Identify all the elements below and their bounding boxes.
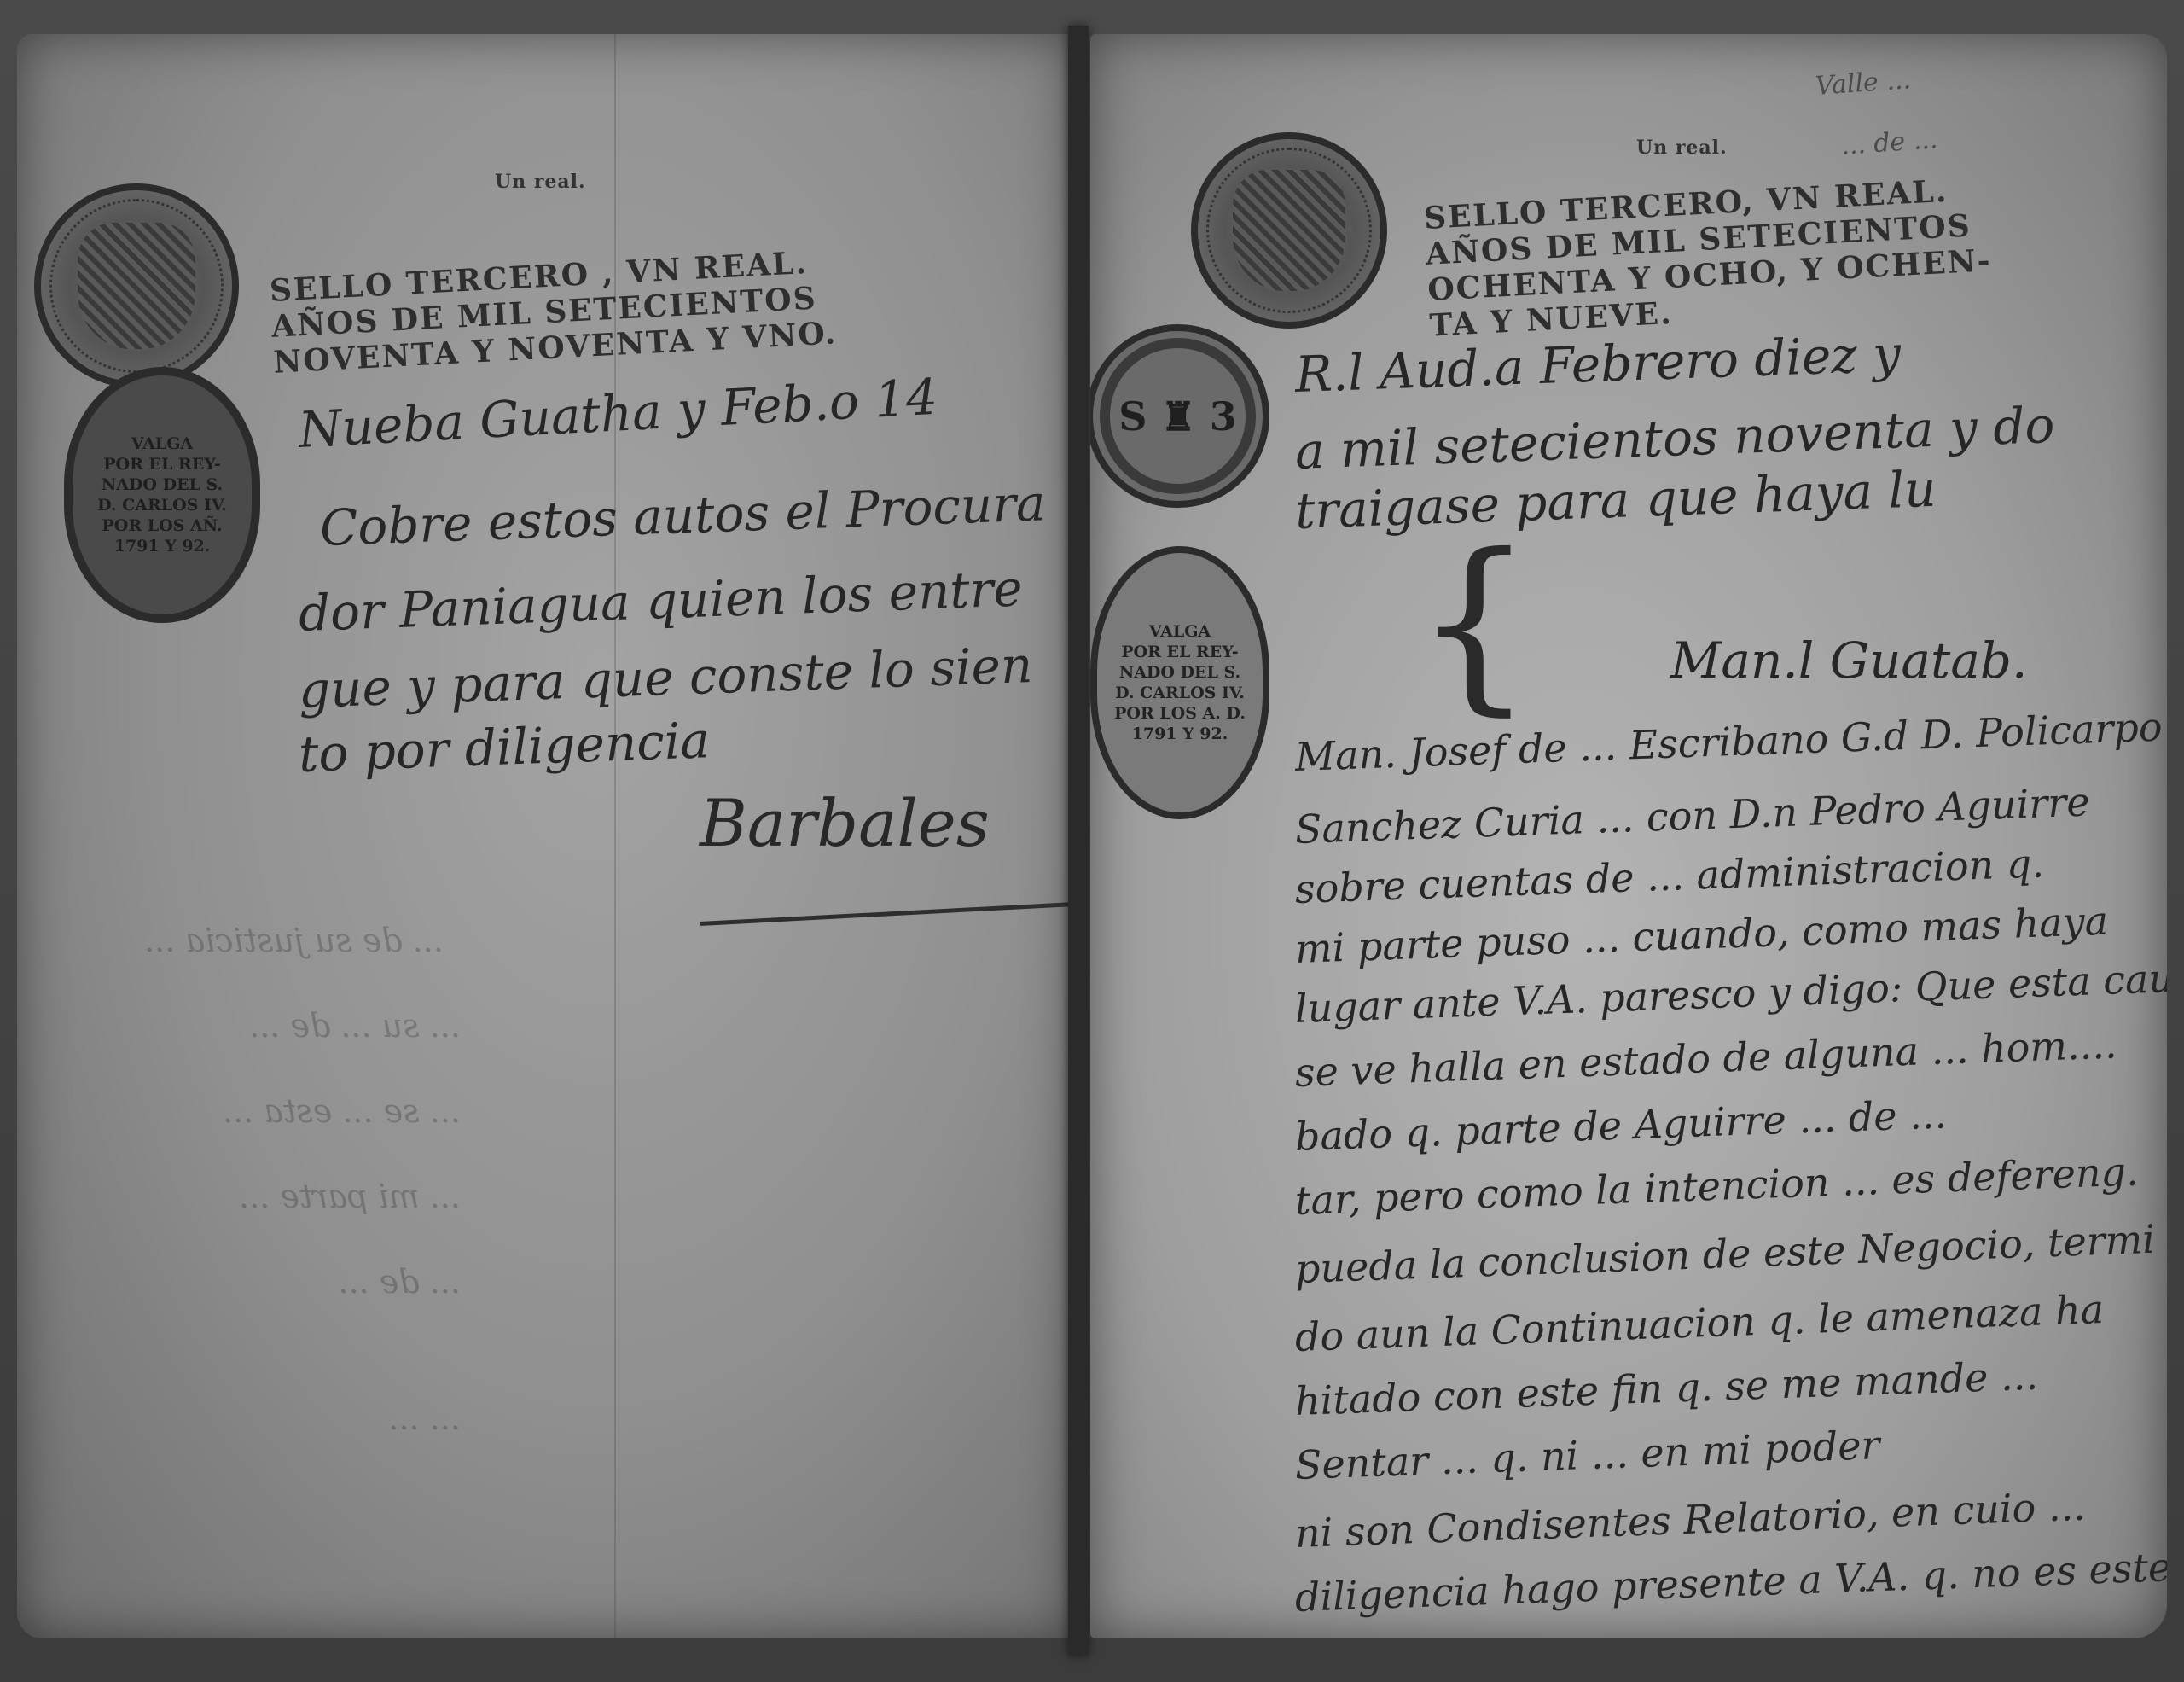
bleed-through-text: ... ... bbox=[388, 1400, 461, 1437]
seal-line: 1791 Y 92. bbox=[114, 536, 211, 556]
handwriting-line: Sanchez Curia ... con D.n Pedro Aguirre bbox=[1294, 778, 2090, 852]
handwriting-line: to por diligencia bbox=[298, 711, 711, 783]
seal-line: POR LOS A. D. bbox=[1114, 703, 1246, 724]
seal-line: NADO DEL S. bbox=[1119, 662, 1240, 683]
signature: Barbales bbox=[700, 785, 990, 861]
stamp-header: SELLO TERCERO, VN REAL. AÑOS DE MIL SETE… bbox=[1423, 171, 1995, 343]
signature-block: Man.l Guatab. bbox=[1670, 631, 2027, 690]
stamp-header: SELLO TERCERO , VN REAL. AÑOS DE MIL SET… bbox=[269, 243, 838, 380]
handwriting-line: hitado con este fin q. se me mande ... bbox=[1294, 1353, 2039, 1424]
bleed-through-text: ... se ... esta ... bbox=[223, 1092, 461, 1130]
habilitation-seal: VALGA POR EL REY- NADO DEL S. D. CARLOS … bbox=[1090, 546, 1269, 819]
signature-flourish bbox=[700, 902, 1075, 926]
corner-annotation: Valle ... bbox=[1815, 65, 1912, 102]
handwriting-line: Nueba Guatha y Feb.o 14 bbox=[297, 368, 938, 459]
handwriting-line: do aun la Continuacion q. le amenaza ha bbox=[1294, 1286, 2105, 1360]
bleed-through-text: ... mi parte ... bbox=[239, 1178, 461, 1215]
seal-ring bbox=[49, 199, 224, 373]
bleed-through-text: ... de ... bbox=[339, 1263, 461, 1301]
handwriting-line: a mil setecientos noventa y do bbox=[1294, 396, 2056, 480]
seal-ring bbox=[1206, 148, 1372, 313]
handwriting-line: sobre cuentas de ... administracion q. bbox=[1294, 840, 2045, 912]
castle-seal: S ♜ 3 bbox=[1090, 324, 1269, 508]
seal-line: D. CARLOS IV. bbox=[1115, 683, 1245, 703]
corner-annotation: ... de ... bbox=[1840, 125, 1938, 161]
seal-line: NADO DEL S. bbox=[102, 474, 223, 495]
brace-flourish: { bbox=[1414, 529, 1534, 717]
stamp-denomination: Un real. bbox=[1636, 137, 1728, 159]
handwriting-line: pueda la conclusion de este Negocio, ter… bbox=[1294, 1216, 2156, 1292]
bleed-through-text: ... su ... de ... bbox=[249, 1007, 461, 1045]
seal-line: POR EL REY- bbox=[1121, 642, 1239, 662]
seal-line: POR EL REY- bbox=[103, 454, 221, 474]
handwriting-line: diligencia hago presente a V.A. q. no es… bbox=[1294, 1544, 2167, 1621]
seal-line: VALGA bbox=[131, 434, 193, 454]
handwriting-line: bado q. parte de Aguirre ... de ... bbox=[1294, 1091, 1948, 1160]
handwriting-line: tar, pero como la intencion ... es defer… bbox=[1294, 1148, 2139, 1223]
seal-line: D. CARLOS IV. bbox=[97, 495, 227, 515]
handwriting-line: R.l Aud.a Febrero diez y bbox=[1294, 324, 1902, 404]
seal-ring bbox=[1100, 338, 1256, 494]
bleed-through-text: ... de su justicia ... bbox=[144, 922, 444, 959]
seal-line: VALGA bbox=[1149, 621, 1211, 642]
handwriting-line: gue y para que conste lo sien bbox=[298, 636, 1033, 719]
handwriting-line: se ve halla en estado de alguna ... hom.… bbox=[1294, 1021, 2117, 1096]
handwriting-line: ni son Condisentes Relatorio, en cuio ..… bbox=[1294, 1483, 2086, 1557]
seal-line: 1791 Y 92. bbox=[1132, 724, 1228, 744]
handwriting-line: Cobre estos autos el Procura bbox=[319, 474, 1047, 557]
right-page: Un real. Valle ... ... de ... SELLO TERC… bbox=[1090, 34, 2167, 1638]
habilitation-seal: VALGA POR EL REY- NADO DEL S. D. CARLOS … bbox=[64, 367, 260, 623]
book-spine bbox=[1068, 26, 1089, 1656]
seal-line: POR LOS AÑ. bbox=[102, 515, 223, 536]
stamp-denomination: Un real. bbox=[495, 171, 586, 193]
handwriting-line: dor Paniagua quien los entre bbox=[298, 559, 1024, 643]
royal-crest-seal-icon bbox=[34, 183, 239, 388]
left-page: Un real. SELLO TERCERO , VN REAL. AÑOS D… bbox=[17, 34, 1075, 1638]
handwriting-line: Sentar ... q. ni ... en mi poder bbox=[1294, 1422, 1880, 1488]
royal-crest-seal-icon bbox=[1191, 132, 1387, 329]
